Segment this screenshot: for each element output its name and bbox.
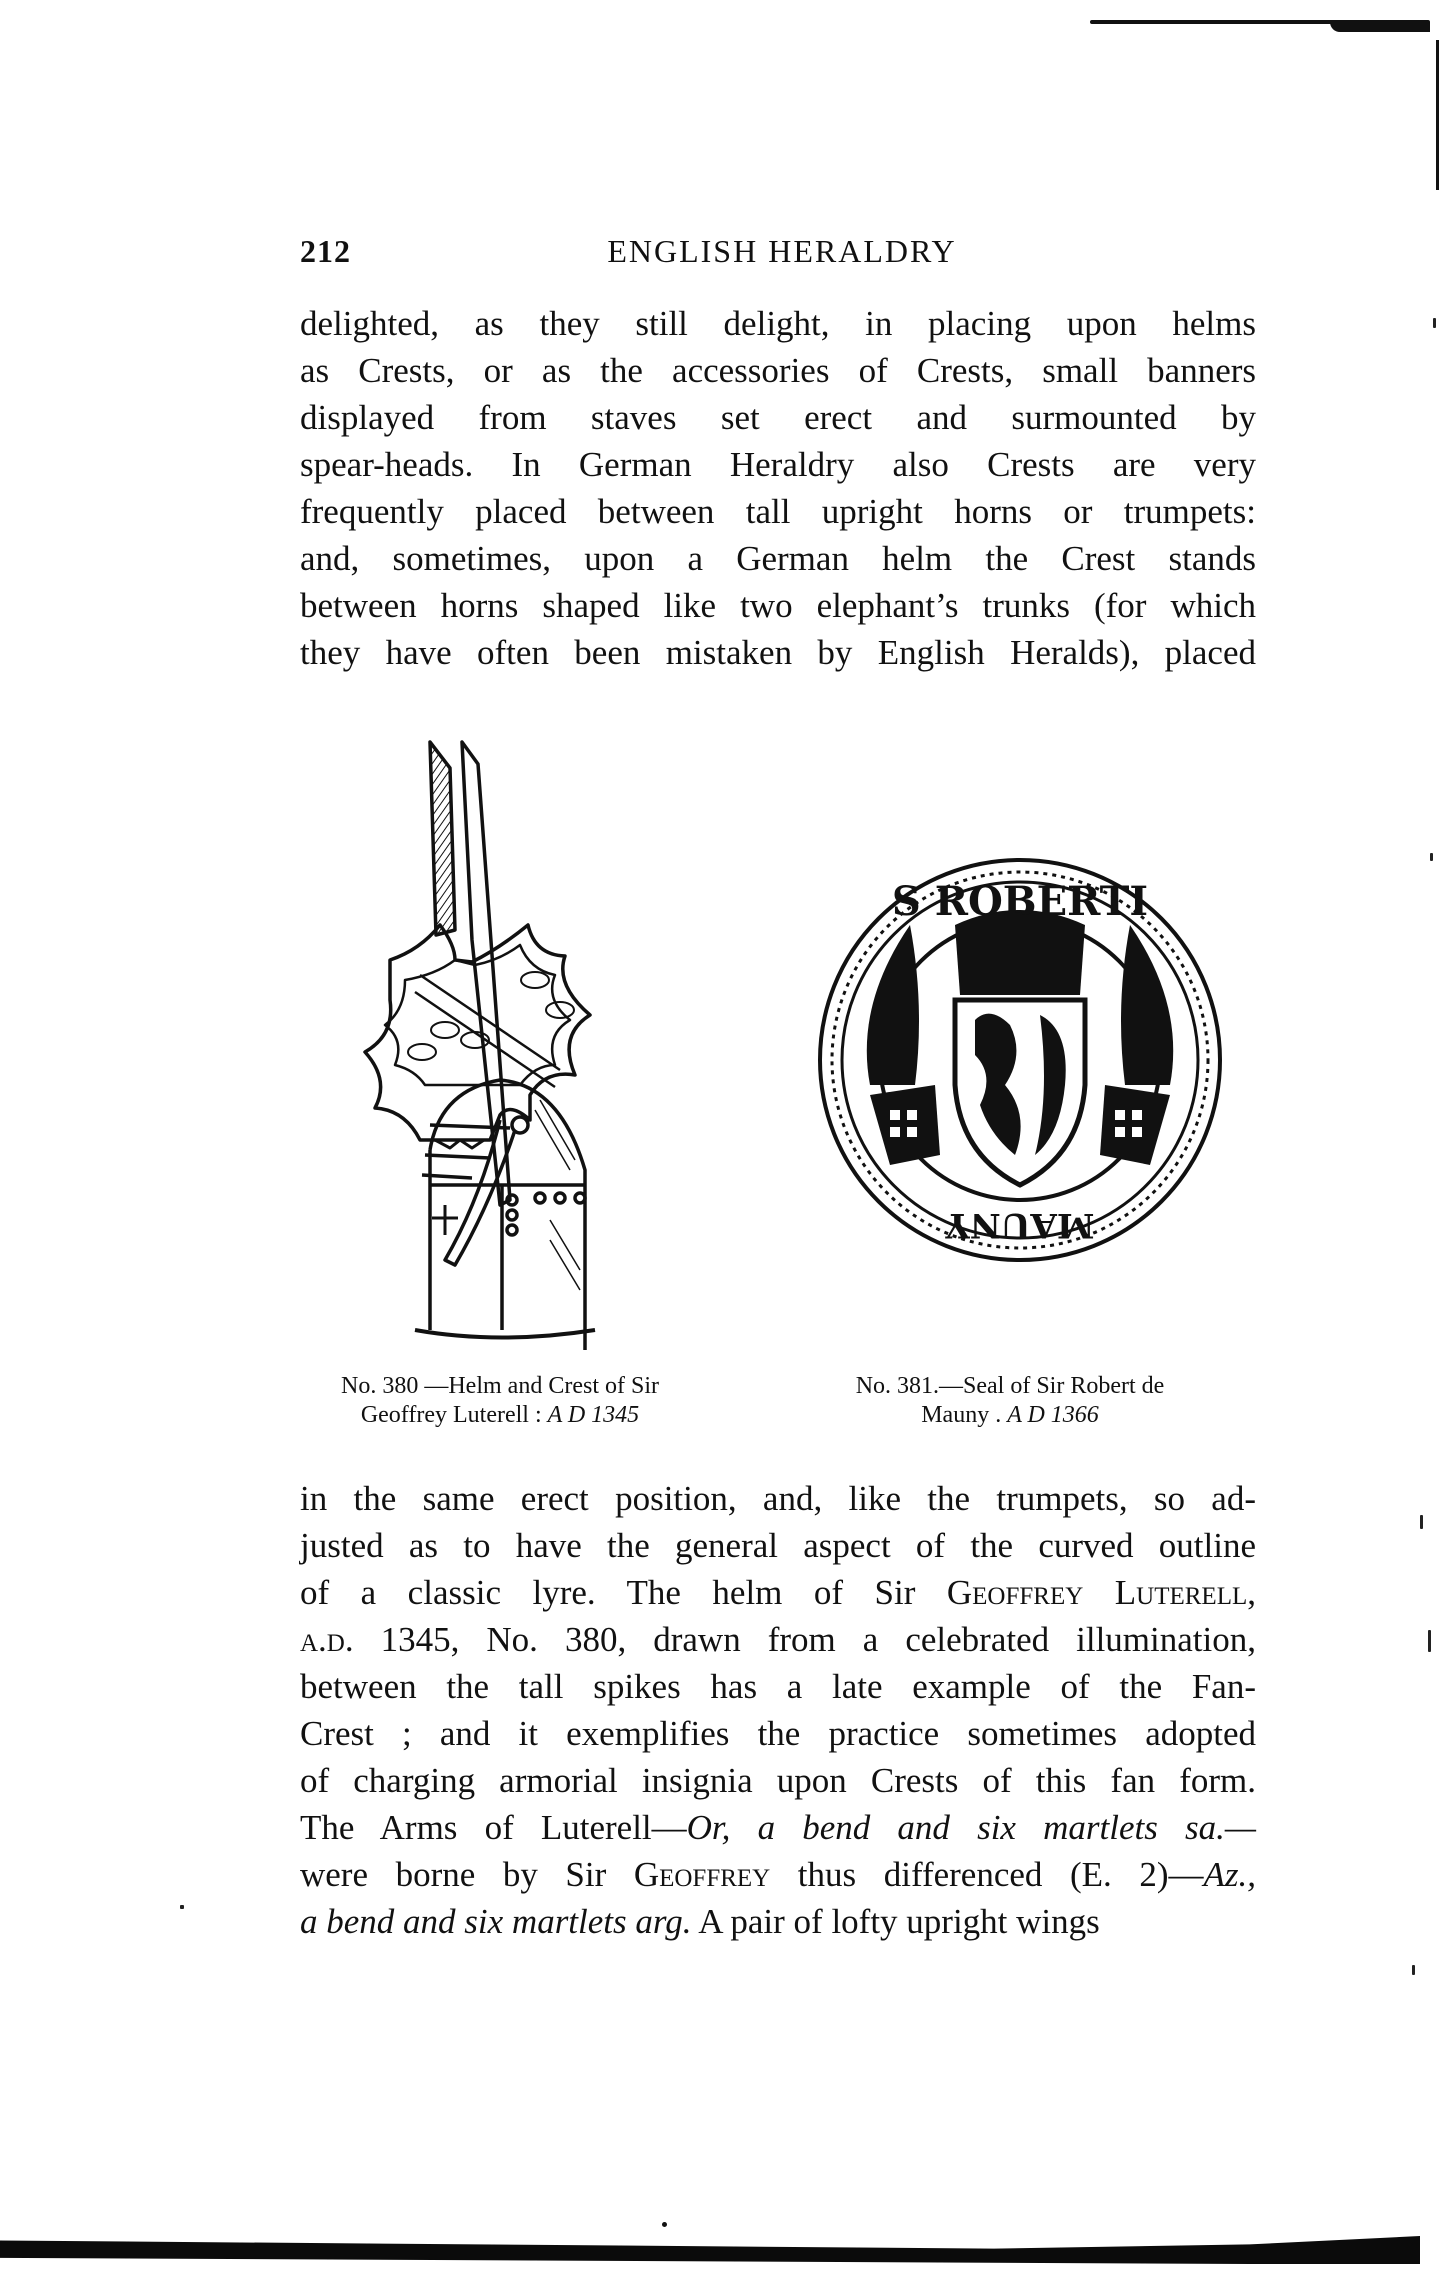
- text-span: were borne by Sir: [300, 1855, 634, 1894]
- text-span: 1345, No. 380, drawn from a celebrated i…: [354, 1620, 1256, 1659]
- seal-icon: S ROBERTI MAUNY: [815, 855, 1225, 1265]
- caption-line: Geoffrey Luterell : A D 1345: [300, 1401, 700, 1430]
- date-small-caps: a.d.: [300, 1620, 354, 1659]
- text-line: they have often been mistaken by English…: [300, 629, 1256, 676]
- scan-edge-right: [1436, 40, 1439, 190]
- figure-381-caption: No. 381.—Seal of Sir Robert de Mauny . A…: [800, 1372, 1220, 1430]
- text-line: a.d. 1345, No. 380, drawn from a celebra…: [300, 1616, 1256, 1663]
- text-line: in the same erect position, and, like th…: [300, 1475, 1256, 1522]
- caption-line: No. 381.—Seal of Sir Robert de: [800, 1372, 1220, 1401]
- text-span: of a classic lyre. The helm of Sir: [300, 1573, 947, 1612]
- seal-legend-bottom: MAUNY: [945, 1205, 1095, 1245]
- text-line: of a classic lyre. The helm of Sir Geoff…: [300, 1569, 1256, 1616]
- text-line: frequently placed between tall upright h…: [300, 488, 1256, 535]
- margin-mark: [1433, 318, 1436, 328]
- figure-380-caption: No. 380 —Helm and Crest of Sir Geoffrey …: [300, 1372, 700, 1430]
- running-title: ENGLISH HERALDRY: [300, 233, 1264, 270]
- margin-mark: [180, 1905, 184, 1909]
- name-small-caps: Geoffrey: [634, 1855, 770, 1894]
- text-line: of charging armorial insignia upon Crest…: [300, 1757, 1256, 1804]
- text-line: were borne by Sir Geoffrey thus differen…: [300, 1851, 1256, 1898]
- text-line: The Arms of Luterell—Or, a bend and six …: [300, 1804, 1256, 1851]
- caption-line: No. 380 —Helm and Crest of Sir: [300, 1372, 700, 1401]
- helm-and-crest-illustration: [360, 730, 620, 1350]
- running-head: 212 ENGLISH HERALDRY: [300, 233, 1264, 273]
- margin-mark: [1428, 1630, 1431, 1652]
- name-small-caps: Geoffrey Luterell,: [947, 1573, 1256, 1612]
- text-line: justed as to have the general aspect of …: [300, 1522, 1256, 1569]
- text-span: The Arms of Luterell—: [300, 1808, 687, 1847]
- seal-illustration: S ROBERTI MAUNY: [815, 855, 1225, 1265]
- paragraph-bottom: in the same erect position, and, like th…: [300, 1475, 1256, 1945]
- text-line: spear-heads. In German Heraldry also Cre…: [300, 441, 1256, 488]
- paragraph-top: delighted, as they still delight, in pla…: [300, 300, 1256, 676]
- margin-mark: [1412, 1965, 1415, 1975]
- caption-text: Mauny .: [921, 1402, 1007, 1428]
- caption-line: Mauny . A D 1366: [800, 1401, 1220, 1430]
- text-line: Crest ; and it exemplifies the practice …: [300, 1710, 1256, 1757]
- text-span: A pair of lofty upright wings: [691, 1902, 1099, 1941]
- margin-mark: [1430, 853, 1433, 861]
- text-line: between the tall spikes has a late examp…: [300, 1663, 1256, 1710]
- text-line: and, sometimes, upon a German helm the C…: [300, 535, 1256, 582]
- scan-edge-corner: [1330, 22, 1430, 32]
- text-line: between horns shaped like two elephant’s…: [300, 582, 1256, 629]
- blazon-italic: a bend and six martlets arg.: [300, 1902, 691, 1941]
- text-line: delighted, as they still delight, in pla…: [300, 300, 1256, 347]
- caption-date: A D 1366: [1007, 1402, 1099, 1428]
- text-line: displayed from staves set erect and surm…: [300, 394, 1256, 441]
- text-span: thus differenced (E. 2)—: [770, 1855, 1203, 1894]
- margin-mark: [1420, 1515, 1423, 1529]
- scan-edge-bottom: [0, 2236, 1420, 2264]
- text-line: a bend and six martlets arg. A pair of l…: [300, 1898, 1256, 1945]
- blazon-italic: Az.,: [1204, 1855, 1257, 1894]
- text-line: as Crests, or as the accessories of Cres…: [300, 347, 1256, 394]
- caption-text: Geoffrey Luterell :: [361, 1402, 548, 1428]
- seal-legend-top: S ROBERTI: [892, 878, 1148, 925]
- scan-speck: [662, 2222, 667, 2227]
- helm-icon: [360, 730, 620, 1350]
- blazon-italic: Or, a bend and six martlets sa.—: [687, 1808, 1256, 1847]
- caption-date: A D 1345: [548, 1402, 640, 1428]
